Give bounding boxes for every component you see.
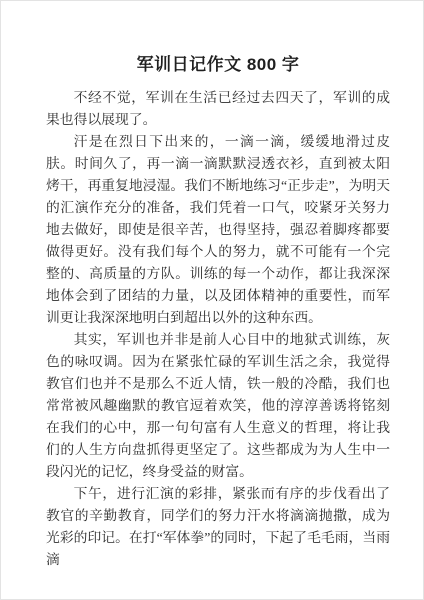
document-page: 军训日记作文 800 字 不经不觉，军训在生活已经过去四天了，军训的成果也得以展…	[0, 0, 424, 600]
paragraph-sweat-training: 汗是在烈日下出来的，一滴一滴，缓缓地滑过皮肤。时间久了，再一滴一滴默默浸透衣衫，…	[46, 131, 390, 329]
paragraph-instructors: 其实，军训也并非是前人心目中的地狱式训练，灰色的咏叹调。因为在紧张忙碌的军训生活…	[46, 329, 390, 483]
paragraph-intro: 不经不觉，军训在生活已经过去四天了，军训的成果也得以展现了。	[46, 87, 390, 131]
document-body: 不经不觉，军训在生活已经过去四天了，军训的成果也得以展现了。 汗是在烈日下出来的…	[46, 87, 390, 571]
document-title: 军训日记作文 800 字	[46, 54, 390, 76]
paragraph-rehearsal: 下午，进行汇演的彩排，紧张而有序的步伐看出了教官的辛勤教育，同学们的努力汗水将滴…	[46, 483, 390, 571]
